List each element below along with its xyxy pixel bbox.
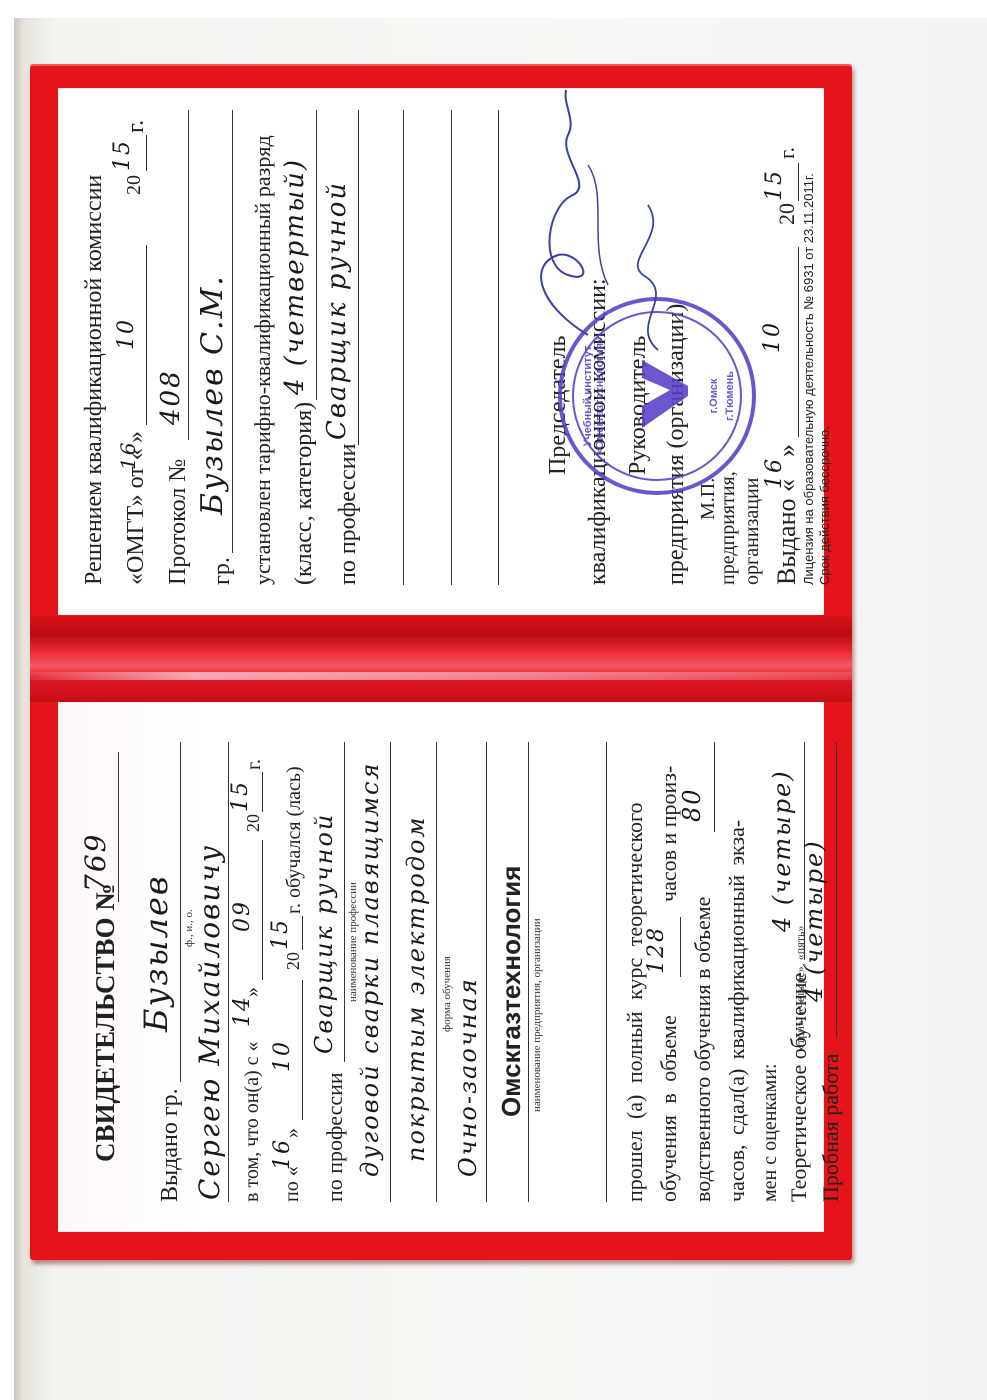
stamp-city: г.Омск	[708, 301, 720, 491]
studied-label: г. обучался (лась)	[284, 766, 304, 914]
from-month: 09	[232, 900, 254, 932]
profession-label: по профессии	[324, 1072, 346, 1202]
to-year-prefix: 20	[284, 952, 302, 970]
practical-label: Пробная работа	[820, 1053, 842, 1202]
profession-label: по профессии	[336, 444, 360, 585]
surname: Бузылев	[140, 874, 172, 1032]
course-text-3: часов и произ-	[658, 766, 680, 902]
certificate-number: 769	[82, 833, 110, 892]
scan-margin-left	[0, 0, 14, 1400]
to-year: 15	[270, 918, 292, 950]
profession-line-2: дуговой сварки плавящимся	[358, 762, 382, 1177]
spine-highlight	[30, 672, 852, 680]
scan-margin-top	[0, 0, 987, 18]
head-signature	[618, 195, 688, 355]
course-text-5: часов, сдал(а) квалификационный экза-	[726, 820, 748, 1202]
to-label: по «	[282, 1166, 302, 1202]
issued-month: 10	[762, 321, 784, 353]
mp-caption-2: организации	[742, 478, 762, 585]
certificate-title: СВИДЕТЕЛЬСТВО №	[92, 884, 119, 1162]
citizen-name: Бузылев С.М.	[198, 274, 228, 515]
decision-page: Решением квалификационной комиссии «ОМГТ…	[58, 88, 824, 615]
practice-hours: 80	[680, 787, 704, 822]
issued-to-label: Выдано гр.	[158, 1088, 182, 1202]
course-text-6: мен с оценками:	[760, 1063, 780, 1202]
study-form-caption: форма обучения	[442, 956, 453, 1032]
license-validity: Срок действия бессрочно.	[818, 426, 831, 585]
issued-year-suffix: г.	[776, 147, 798, 159]
grade-caption: «три», «четыре», «пять»	[793, 926, 808, 1050]
from-year-prefix: 20	[244, 814, 262, 832]
profession-line-1: Сварщик ручной	[312, 813, 336, 1054]
organization-name: Омскгазтехнология	[498, 866, 524, 1117]
from-year-suffix: г.	[244, 759, 264, 770]
license-text: Лицензия на образовательную деятельность…	[802, 173, 815, 585]
to-month: 10	[272, 1040, 294, 1072]
profession-line-3: покрытым электродом	[404, 816, 428, 1162]
course-text-2: обучения в объеме	[658, 1015, 680, 1202]
decision-year-prefix: 20	[124, 175, 144, 195]
rank-label: установлен тарифно-квалификационный разр…	[252, 135, 274, 585]
to-day: 16	[272, 1138, 294, 1170]
decision-month: 10	[116, 318, 138, 350]
protocol-label: Протокол №	[166, 459, 190, 585]
decision-year-suffix: г.	[124, 120, 148, 133]
profession-value: Сварщик ручной	[324, 181, 350, 440]
theory-hours: 128	[646, 926, 668, 974]
rank-value: 4 (четвертый)	[282, 158, 308, 395]
study-form: Очно-заочная	[456, 977, 480, 1177]
decision-day: 16	[118, 441, 138, 470]
booklet-spine	[30, 616, 852, 702]
course-text-4: водственного обучения в объеме	[692, 897, 714, 1202]
course-text-1: прошел (а) полный курс теоретического	[624, 802, 646, 1202]
issued-year: 15	[764, 169, 786, 201]
issued-year-prefix: 20	[776, 203, 798, 225]
rank-class-label: (класс, категория)	[292, 402, 316, 585]
decision-year: 15	[112, 139, 134, 171]
issued-label: Выдано «	[774, 479, 800, 585]
certificate-page: СВИДЕТЕЛЬСТВО № 769 Выдано гр. Бузылев ф…	[58, 702, 824, 1232]
citizen-label: гр.	[210, 557, 234, 585]
protocol-number: 408	[158, 369, 184, 425]
name-patronymic: Сергею Михайловичу	[196, 844, 224, 1200]
decision-label: Решением квалификационной комиссии	[82, 175, 106, 585]
in-that-label: в том, что он(а) с «	[242, 1041, 262, 1202]
organization-caption: наименование предприятия, организации	[532, 918, 543, 1112]
theory-grade: 4 (четыре)	[770, 769, 794, 932]
stamp-logo-icon	[622, 356, 692, 436]
stamp-city-2: г.Тюмень	[724, 301, 736, 491]
from-year: 15	[230, 780, 252, 812]
from-day: 14	[232, 995, 254, 1027]
issued-day: 16	[764, 457, 786, 489]
